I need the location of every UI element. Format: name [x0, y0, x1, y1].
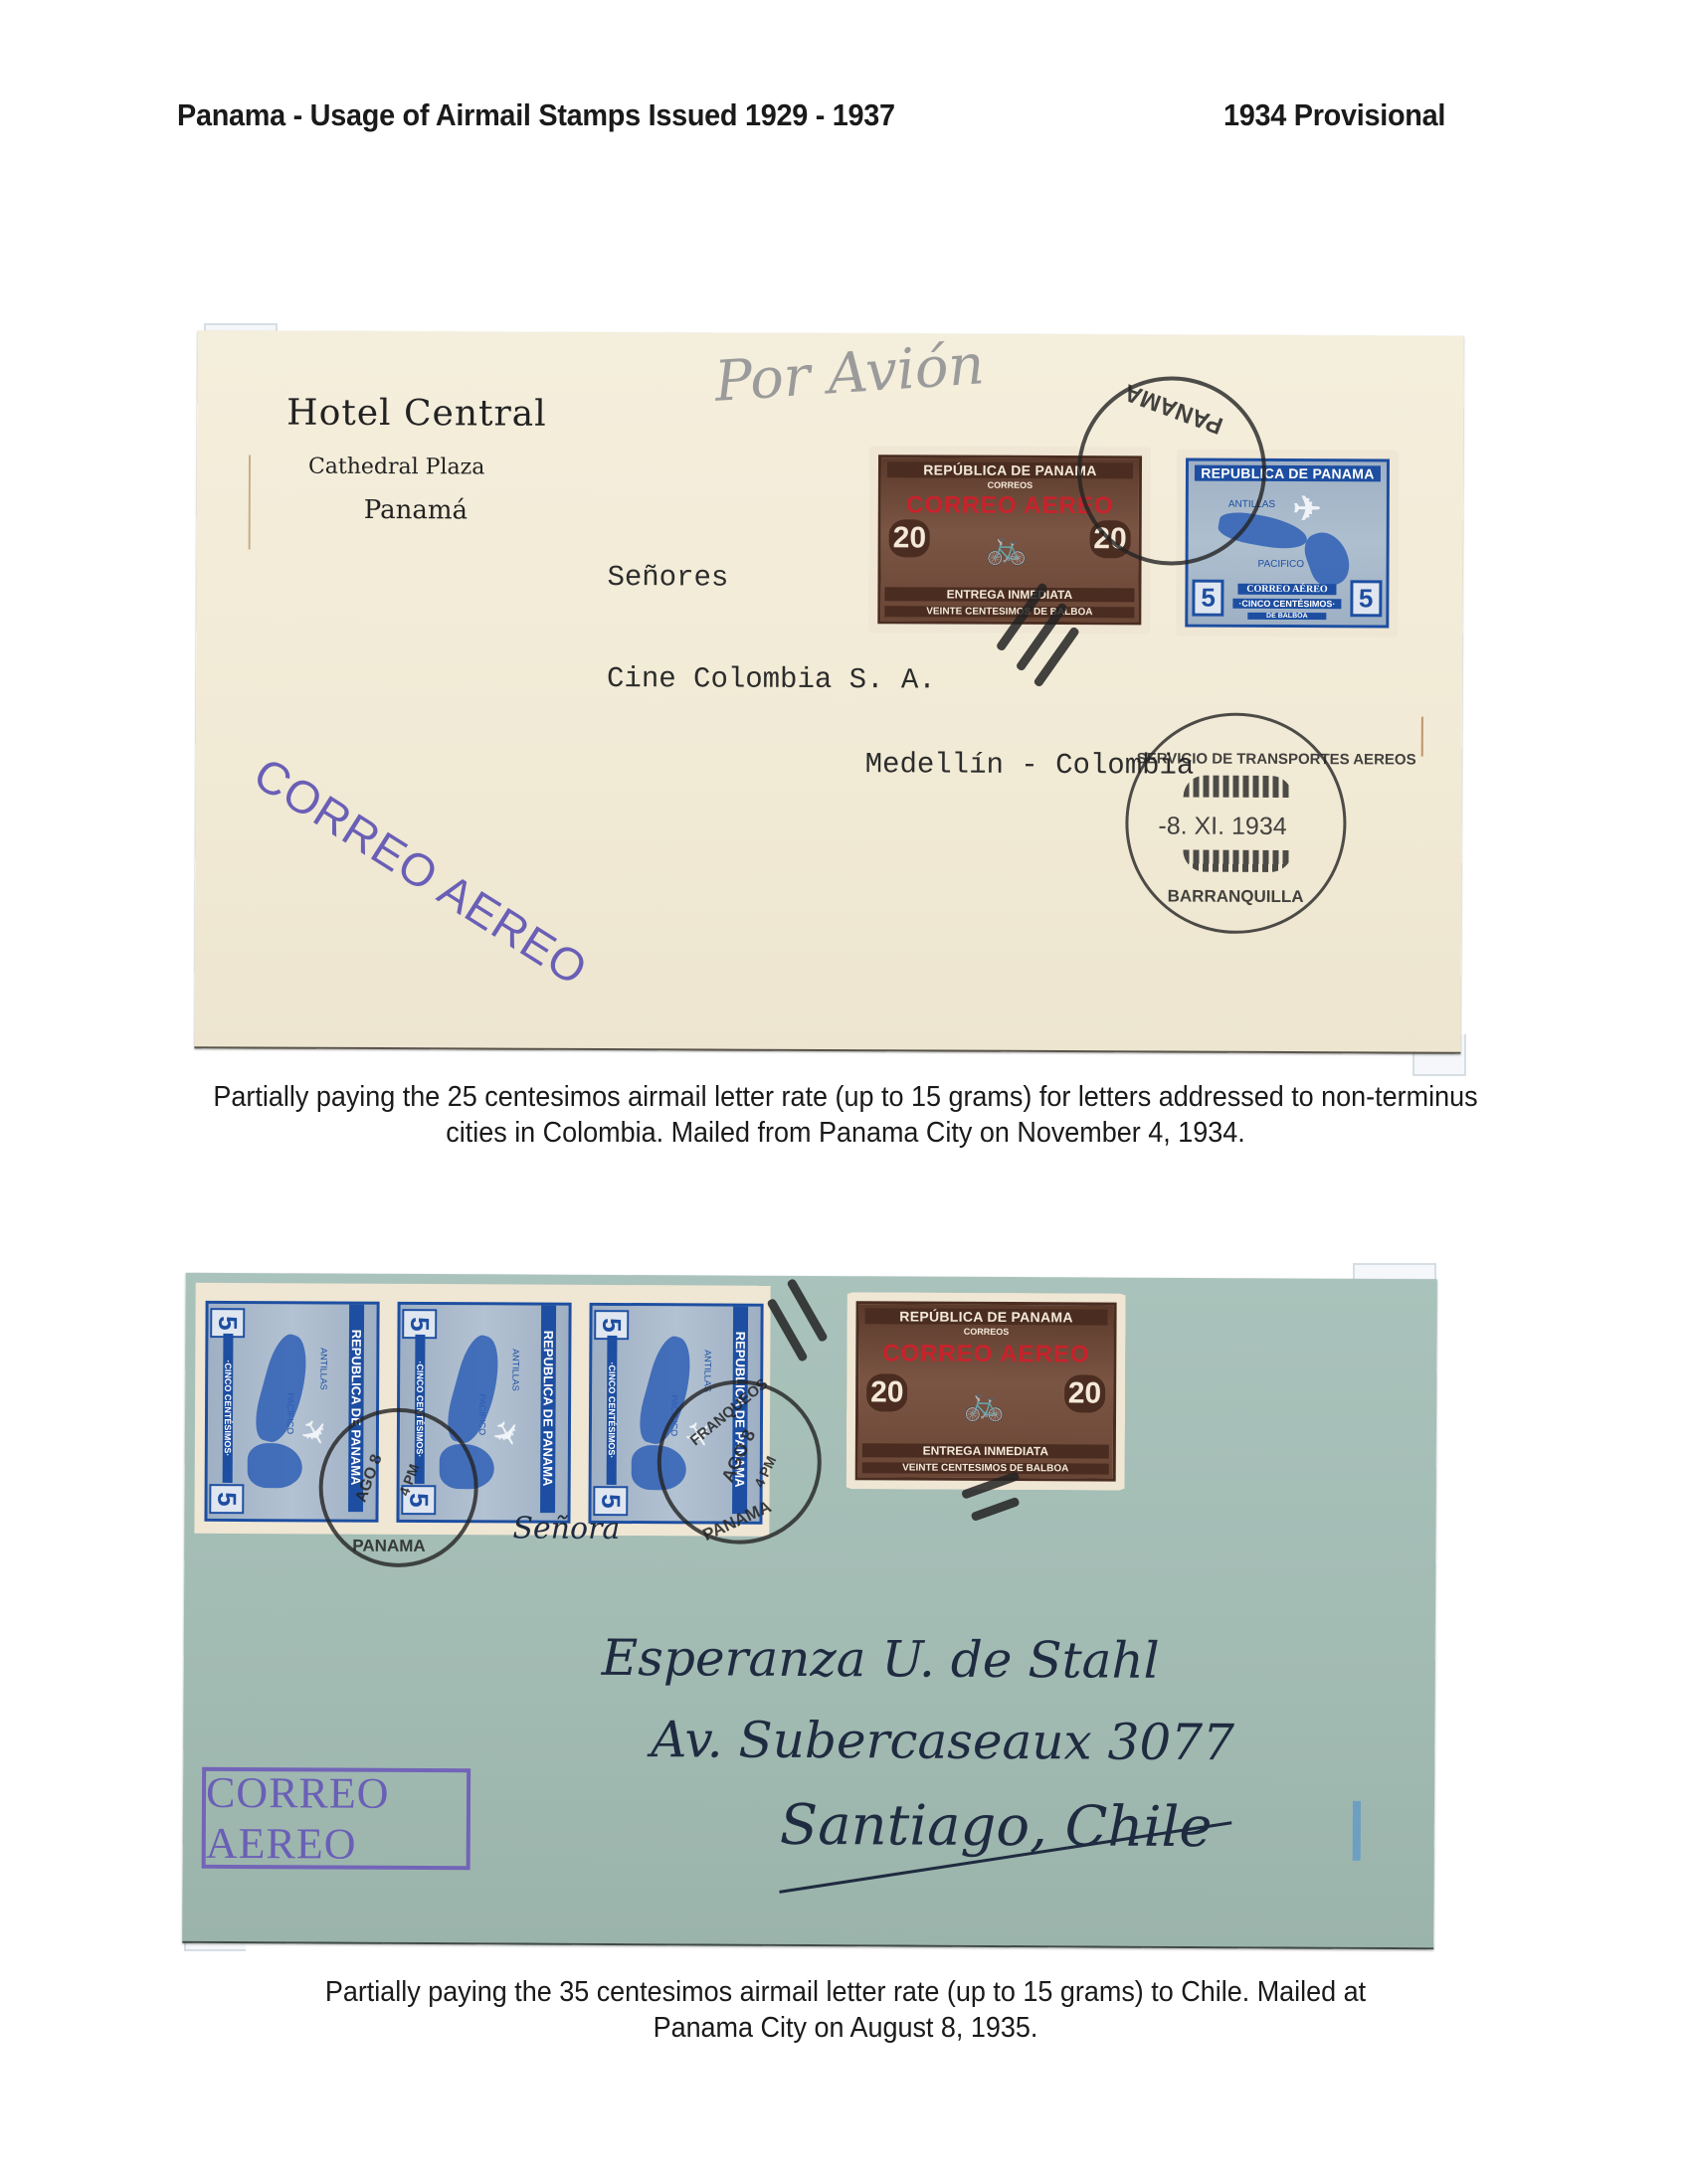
stamp-value: 20 [889, 519, 931, 557]
section-title: 1934 Provisional [1223, 97, 1445, 133]
salutation: Señora [512, 1511, 620, 1547]
addressee-line: Av. Subercaseaux 3077 [651, 1711, 1234, 1771]
stamp-country: REPÚBLICA DE PANAMA [865, 1308, 1108, 1325]
bicycle-icon: 🚲 [963, 1384, 1006, 1424]
cover-envelope-2: REPUBLICA DE PANAMA55·CINCO CENTÉSIMOS·A… [182, 1273, 1437, 1950]
stamp-caption: ENTREGA INMEDIATA [862, 1443, 1109, 1458]
stamp-value: 20 [1064, 1374, 1106, 1412]
stamp-caption: ·CINCO CENTÉSIMOS· [1232, 599, 1341, 609]
postmark-barranquilla: SERVICIO DE TRANSPORTES AEREOS -8. XI. 1… [1125, 712, 1347, 934]
stamp-country: REPUBLICA DE PANAMA [540, 1304, 556, 1513]
letterhead-name: Hotel Central [286, 393, 547, 435]
stamp-caption: ·CINCO CENTÉSIMOS· [223, 1334, 234, 1483]
cover-2-caption: Partially paying the 35 centesimos airma… [198, 1974, 1493, 2046]
addressee-line: Santiago, Chile [780, 1793, 1213, 1860]
stamp-caption: ·CINCO CENTÉSIMOS· [607, 1336, 618, 1485]
edge-mark [249, 455, 251, 549]
edge-mark [1421, 717, 1423, 757]
airplane-icon: ✈ [1293, 489, 1322, 529]
stamp-caption: VEINTE CENTESIMOS DE BALBOA [862, 1462, 1109, 1474]
map-label: PACIFICO [1258, 559, 1305, 570]
map-panama [248, 1443, 302, 1488]
map-panama [1299, 526, 1355, 591]
stamp-value: 20 [866, 1373, 908, 1411]
postmark-text: SERVICIO DE TRANSPORTES AEREOS [1137, 750, 1336, 768]
airmail-cachet-boxed: CORREO AEREO [202, 1767, 471, 1870]
stamp-caption: CORREO AÉREO [1237, 584, 1336, 595]
postmark-date: AGO 8 [353, 1452, 387, 1505]
stamp-value: 5 [209, 1484, 244, 1515]
map-label: ANTILLAS [318, 1348, 328, 1390]
stamp-value: 5 [1350, 580, 1383, 617]
stamp-caption: VEINTE CENTESIMOS DE BALBOA [884, 606, 1134, 618]
caption-line: Partially paying the 35 centesimos airma… [198, 1974, 1493, 2010]
letterhead-address: Cathedral Plaza [308, 455, 484, 480]
postmark-time: 4 PM [396, 1462, 422, 1498]
page-title: Panama - Usage of Airmail Stamps Issued … [177, 97, 895, 133]
stamp-sub: CORREOS [858, 1326, 1113, 1337]
postmark-panama-certificados: AGO 8 4 PM PANAMA [318, 1407, 478, 1567]
letterhead-city: Panamá [364, 495, 468, 525]
airmail-cachet: CORREO AEREO [245, 747, 598, 997]
stamp-value: 5 [1192, 580, 1224, 617]
stamp-caption: ENTREGA INMEDIATA [884, 587, 1134, 602]
postmark-date: -8. XI. 1934 [1158, 812, 1286, 841]
stamp-caption: DE BALBOA [1247, 613, 1326, 620]
map-label: ANTILLAS [510, 1349, 520, 1391]
addressee-line: Señores [607, 561, 728, 595]
bicycle-icon: 🚲 [986, 528, 1029, 568]
addressee-line: Cine Colombia S. A. [607, 662, 936, 696]
cover-1-caption: Partially paying the 25 centesimos airma… [198, 1079, 1493, 1151]
postmark-time: 4 PM [751, 1454, 779, 1490]
caption-line: Panama City on August 8, 1935. [198, 2010, 1493, 2046]
addressee-line: Esperanza U. de Stahl [602, 1629, 1160, 1690]
postmark-text: PANAMA [700, 1497, 775, 1546]
postmark-text: PANAMA [352, 1537, 425, 1556]
stamp-entrega-inmediata-20c: REPÚBLICA DE PANAMA CORREOS CORREO AEREO… [846, 1292, 1126, 1490]
manuscript-note: Por Avión [713, 332, 987, 415]
postmark-panama-franqueos: FRANQUEOS AGO 8 4 PM PANAMA [657, 1379, 822, 1545]
blue-crayon-mark [1353, 1801, 1361, 1861]
airplane-icon: ✈ [481, 1412, 530, 1457]
stamp-overprint: CORREO AEREO [858, 1340, 1113, 1368]
cover-envelope-1: Hotel Central Cathedral Plaza Panamá Por… [194, 330, 1463, 1054]
postmark-text: BARRANQUILLA [1128, 886, 1343, 907]
